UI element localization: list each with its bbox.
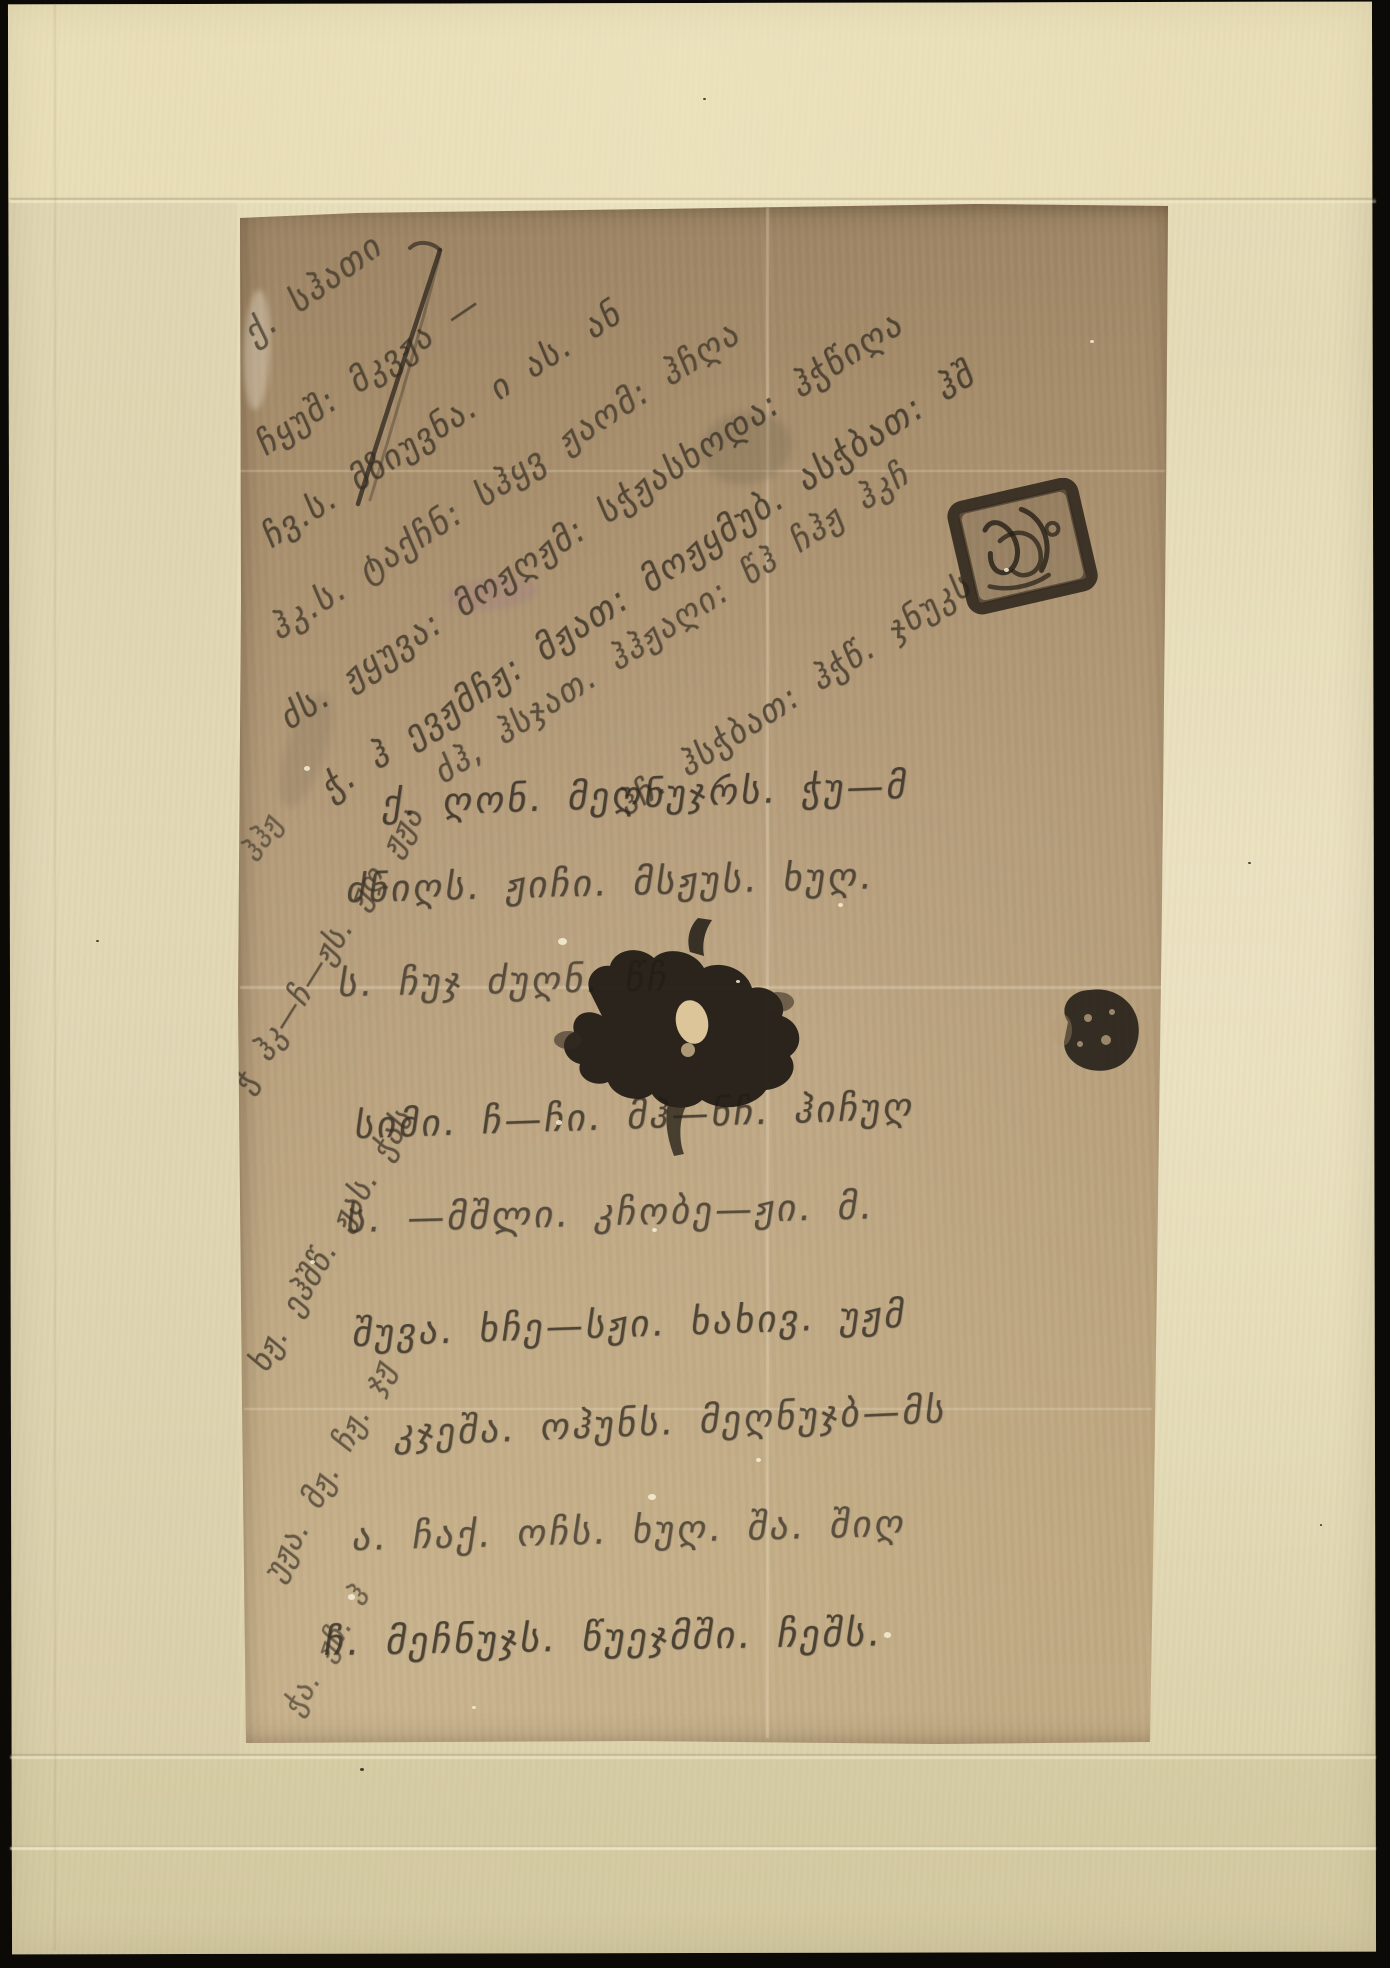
flourish-echo-stroke: [370, 254, 440, 500]
handwritten-line: კჯეშა. ოჰუნს. მეღნუჯბ—მს: [392, 1388, 950, 1455]
small-blot-body: [1064, 989, 1139, 1070]
ink-stamp-seal: [938, 478, 1108, 628]
handwritten-line: ჰჰჟ: [236, 804, 288, 869]
scanned-letter-page: ქ. სჰათიჩყუშ: მკვჟა —ჩვ.ს. მზიუვნა. ი ას…: [0, 0, 1390, 1968]
mat-top-band-shading: [8, 2, 1372, 203]
small-blot-speckle: [1077, 1041, 1083, 1047]
handwritten-line: ს. —მშლი. კჩობე—ჟი. მ.: [344, 1184, 879, 1241]
ink-blot-stem: [688, 918, 712, 956]
blot-paper-hole-tail: [681, 1043, 695, 1057]
small-blot-speckle: [1109, 1009, 1115, 1015]
flourish-main-stroke: [358, 250, 440, 504]
small-blot-fade: [1052, 1014, 1072, 1046]
large-ink-blot: [540, 918, 820, 1158]
seal-border: [951, 482, 1093, 611]
handwritten-line: შუვა. ხჩე—სჟი. ხახივ. უჟმ: [350, 1293, 910, 1356]
small-blot-speckle: [1084, 1014, 1092, 1022]
handwritten-line: ძნიღს. ჟიჩი. მსჟუს. ხუღ.: [344, 854, 879, 911]
small-ink-blot: [1050, 978, 1146, 1082]
ink-blot-smear-left: [554, 1031, 582, 1049]
ink-blot-smear-right: [762, 992, 794, 1012]
flourish-hook: [410, 243, 440, 250]
mat-left-column-shading: [8, 202, 239, 1758]
handwritten-line: ჩ. მეჩნუჯს. წუეჯმში. ჩეშს.: [321, 1610, 887, 1664]
pen-flourish-stroke: [340, 232, 460, 522]
handwritten-line: ა. ჩაქ. ოჩს. ხუღ. შა. შიღ: [350, 1501, 911, 1559]
ink-blot-drip: [666, 1104, 686, 1156]
mat-bottom-band-shading: [12, 1756, 1376, 1955]
small-blot-speckle: [1101, 1035, 1111, 1045]
